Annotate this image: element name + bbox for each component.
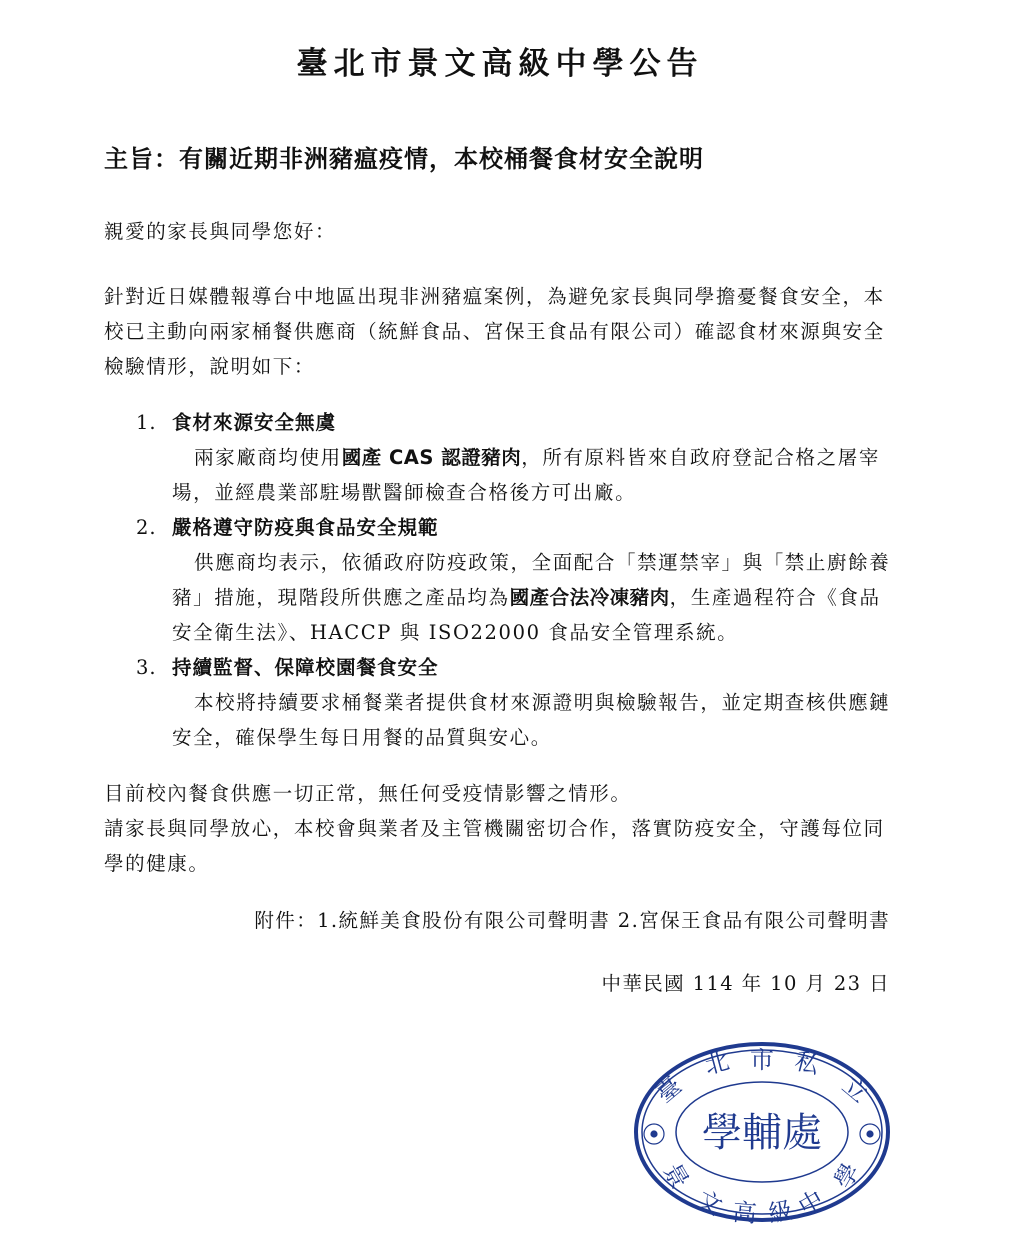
document-date: 中華民國 114 年 10 月 23 日 (601, 968, 890, 996)
list-item: 1.食材來源安全無虞 兩家廠商均使用國產 CAS 認證豬肉，所有原料皆來自政府登… (136, 405, 896, 510)
seal-char: 高 (732, 1198, 758, 1225)
intro-paragraph: 針對近日媒體報導台中地區出現非洲豬瘟案例，為避免家長與同學擔憂餐食安全，本校已主… (104, 279, 894, 384)
seal-graphic: 臺 北 市 私 立 學 中 級 高 文 景 學輔處 (632, 1040, 892, 1225)
seal-char: 級 (766, 1196, 794, 1225)
body-emphasis: 國產合法冷凍豬肉 (510, 586, 670, 609)
list-item-heading: 3.持續監督、保障校園餐食安全 (136, 650, 896, 685)
body-text: 兩家廠商均使用 (194, 446, 342, 469)
body-emphasis: 國產 CAS 認證豬肉 (342, 446, 522, 469)
explanation-list: 1.食材來源安全無虞 兩家廠商均使用國產 CAS 認證豬肉，所有原料皆來自政府登… (136, 405, 896, 755)
list-item-title: 持續監督、保障校園餐食安全 (172, 656, 439, 679)
subject-text: 有關近期非洲豬瘟疫情，本校桶餐食材安全說明 (179, 145, 704, 173)
list-item: 2.嚴格遵守防疫與食品安全規範 供應商均表示，依循政府防疫政策，全面配合「禁運禁… (136, 510, 896, 650)
document-title: 臺北市景文高級中學公告 (0, 38, 1000, 83)
list-item-body: 供應商均表示，依循政府防疫政策，全面配合「禁運禁宰」與「禁止廚餘養豬」措施，現階… (136, 545, 896, 650)
list-item-number: 3. (136, 650, 172, 685)
subject-line: 主旨：有關近期非洲豬瘟疫情，本校桶餐食材安全說明 (104, 139, 704, 174)
list-item-title: 食材來源安全無虞 (172, 411, 336, 434)
greeting: 親愛的家長與同學您好： (104, 214, 894, 249)
seal-char: 臺 (651, 1071, 687, 1108)
seal-char: 立 (837, 1071, 873, 1108)
list-item-heading: 1.食材來源安全無虞 (136, 405, 896, 440)
list-item: 3.持續監督、保障校園餐食安全 本校將持續要求桶餐業者提供食材來源證明與檢驗報告… (136, 650, 896, 755)
closing-reassurance: 請家長與同學放心，本校會與業者及主管機關密切合作，落實防疫安全，守護每位同學的健… (104, 811, 894, 881)
list-item-title: 嚴格遵守防疫與食品安全規範 (172, 516, 439, 539)
list-item-body: 兩家廠商均使用國產 CAS 認證豬肉，所有原料皆來自政府登記合格之屠宰場，並經農… (136, 440, 896, 510)
subject-label: 主旨： (104, 145, 179, 173)
attachment-line: 附件：1.統鮮美食股份有限公司聲明書 2.宮保王食品有限公司聲明書 (254, 905, 890, 933)
official-seal: 臺 北 市 私 立 學 中 級 高 文 景 學輔處 (632, 1040, 892, 1225)
list-item-heading: 2.嚴格遵守防疫與食品安全規範 (136, 510, 896, 545)
body-text: 本校將持續要求桶餐業者提供食材來源證明與檢驗報告，並定期查核供應鏈安全，確保學生… (172, 691, 890, 749)
list-item-body: 本校將持續要求桶餐業者提供食材來源證明與檢驗報告，並定期查核供應鏈安全，確保學生… (136, 685, 896, 755)
seal-center-text: 學輔處 (702, 1110, 822, 1156)
seal-char: 北 (702, 1047, 732, 1080)
list-item-number: 2. (136, 510, 172, 545)
closing-status: 目前校內餐食供應一切正常，無任何受疫情影響之情形。 (104, 776, 894, 811)
seal-char: 私 (792, 1047, 823, 1081)
seal-char: 市 (750, 1046, 774, 1074)
list-item-number: 1. (136, 405, 172, 440)
